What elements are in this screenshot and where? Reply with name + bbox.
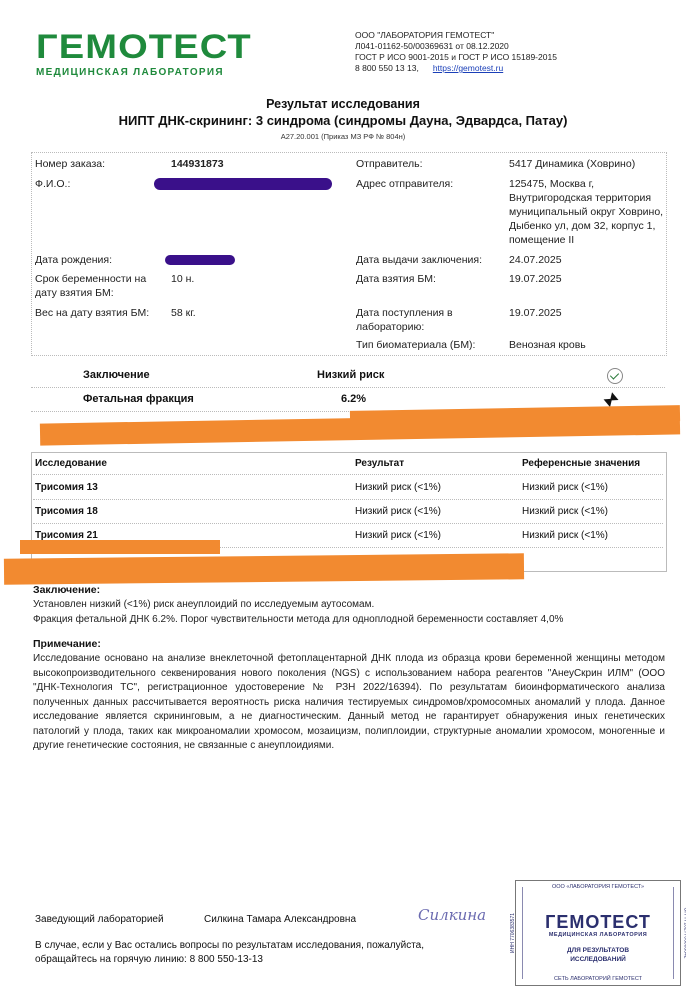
table-row-test: Трисомия 18 [35, 506, 98, 517]
birth-date-label: Дата рождения: [35, 253, 112, 267]
column-header-reference: Референсные значения [522, 458, 640, 469]
table-row-result: Низкий риск (<1%) [355, 482, 441, 493]
website-link[interactable]: https://gemotest.ru [433, 63, 503, 73]
hotline-text: обращайтесь на горячую линию: 8 800 550-… [35, 954, 263, 965]
license: Л041-01162-50/00369631 от 08.12.2020 [355, 41, 557, 52]
sender-address-value: 125475, Москва г, Внутригородская террит… [509, 177, 664, 247]
conclusion-value: Низкий риск [317, 369, 384, 381]
conclusion-text: Установлен низкий (<1%) риск анеуплоидий… [33, 598, 374, 613]
table-row-result: Низкий риск (<1%) [355, 506, 441, 517]
sender-address-label: Адрес отправителя: [356, 177, 453, 191]
note-heading: Примечание: [33, 638, 101, 650]
weight-label: Вес на дату взятия БМ: [35, 306, 149, 320]
head-of-lab-label: Заведующий лабораторией [35, 914, 164, 925]
divider [33, 499, 663, 500]
contact-text: В случае, если у Вас остались вопросы по… [35, 940, 424, 951]
weight-value: 58 кг. [171, 306, 196, 320]
table-row-reference: Низкий риск (<1%) [522, 506, 608, 517]
redaction-mark [4, 553, 524, 584]
stamp-frame: ООО «ЛАБОРАТОРИЯ ГЕМОТЕСТ» ГЕМОТЕСТ МЕДИ… [522, 887, 674, 979]
stamp-subtitle: МЕДИЦИНСКАЯ ЛАБОРАТОРИЯ [523, 932, 673, 938]
divider [33, 523, 663, 524]
document-title: Результат исследования [0, 97, 686, 111]
phone: 8 800 550 13 13, [355, 63, 419, 73]
stamp-inn: ИНН 7706383571 [510, 913, 516, 953]
biomaterial-label: Тип биоматериала (БМ): [356, 338, 475, 352]
sender-label: Отправитель: [356, 157, 422, 171]
logo-subtitle: МЕДИЦИНСКАЯ ЛАБОРАТОРИЯ [36, 67, 224, 78]
stamp-org: ООО «ЛАБОРАТОРИЯ ГЕМОТЕСТ» [523, 884, 673, 890]
table-row-reference: Низкий риск (<1%) [522, 530, 608, 541]
signature: Силкина [418, 906, 486, 924]
conclusion-label: Заключение [83, 369, 150, 381]
table-row-test: Трисомия 13 [35, 482, 98, 493]
head-of-lab-name: Силкина Тамара Александровна [204, 914, 356, 925]
organization-info: ООО "ЛАБОРАТОРИЯ ГЕМОТЕСТ" Л041-01162-50… [355, 30, 557, 74]
divider [31, 387, 665, 388]
sample-date-label: Дата взятия БМ: [356, 272, 436, 286]
check-circle-icon [607, 368, 623, 384]
contact-line: 8 800 550 13 13,https://gemotest.ru [355, 63, 557, 74]
issue-date-value: 24.07.2025 [509, 253, 562, 267]
certificates: ГОСТ Р ИСО 9001-2015 и ГОСТ Р ИСО 15189-… [355, 52, 557, 63]
org-name: ООО "ЛАБОРАТОРИЯ ГЕМОТЕСТ" [355, 30, 557, 41]
patient-name-redacted [154, 178, 332, 190]
pregnancy-term-label: Срок беременности на дату взятия БМ: [35, 272, 160, 300]
birth-date-redacted [165, 255, 235, 265]
stamp-ogrn: ОГРН 1027706008842 [682, 907, 686, 958]
redaction-mark [20, 540, 220, 554]
fetal-fraction-label: Фетальная фракция [83, 393, 194, 405]
biomaterial-value: Венозная кровь [509, 338, 586, 352]
column-header-test: Исследование [35, 458, 107, 469]
fetal-fraction-text: Фракция фетальной ДНК 6.2%. Порог чувств… [33, 613, 563, 628]
test-name: НИПТ ДНК-скрининг: 3 синдрома (синдромы … [0, 113, 686, 128]
stamp-purpose: ДЛЯ РЕЗУЛЬТАТОВИССЛЕДОВАНИЙ [523, 946, 673, 964]
sample-date-value: 19.07.2025 [509, 272, 562, 286]
table-row-reference: Низкий риск (<1%) [522, 482, 608, 493]
table-row-result: Низкий риск (<1%) [355, 530, 441, 541]
note-text: Исследование основано на анализе внеклет… [33, 652, 665, 754]
lab-stamp: ООО «ЛАБОРАТОРИЯ ГЕМОТЕСТ» ГЕМОТЕСТ МЕДИ… [515, 880, 681, 986]
stamp-network: СЕТЬ ЛАБОРАТОРИЙ ГЕМОТЕСТ [523, 976, 673, 982]
column-header-result: Результат [355, 458, 404, 469]
fetal-fraction-value: 6.2% [341, 393, 366, 405]
stamp-logo: ГЕМОТЕСТ [523, 912, 673, 933]
patient-name-label: Ф.И.О.: [35, 177, 70, 191]
received-date-value: 19.07.2025 [509, 306, 562, 320]
order-number-value: 144931873 [171, 157, 224, 171]
issue-date-label: Дата выдачи заключения: [356, 253, 482, 267]
divider [33, 474, 663, 475]
conclusion-heading: Заключение: [33, 584, 100, 596]
sender-value: 5417 Динамика (Ховрино) [509, 157, 635, 171]
pregnancy-term-value: 10 н. [171, 272, 194, 286]
test-code: A27.20.001 (Приказ МЗ РФ № 804н) [0, 132, 686, 141]
gemotest-logo: ГЕМОТЕСТ [36, 30, 252, 64]
order-number-label: Номер заказа: [35, 157, 105, 171]
received-date-label: Дата поступления в лабораторию: [356, 306, 486, 334]
